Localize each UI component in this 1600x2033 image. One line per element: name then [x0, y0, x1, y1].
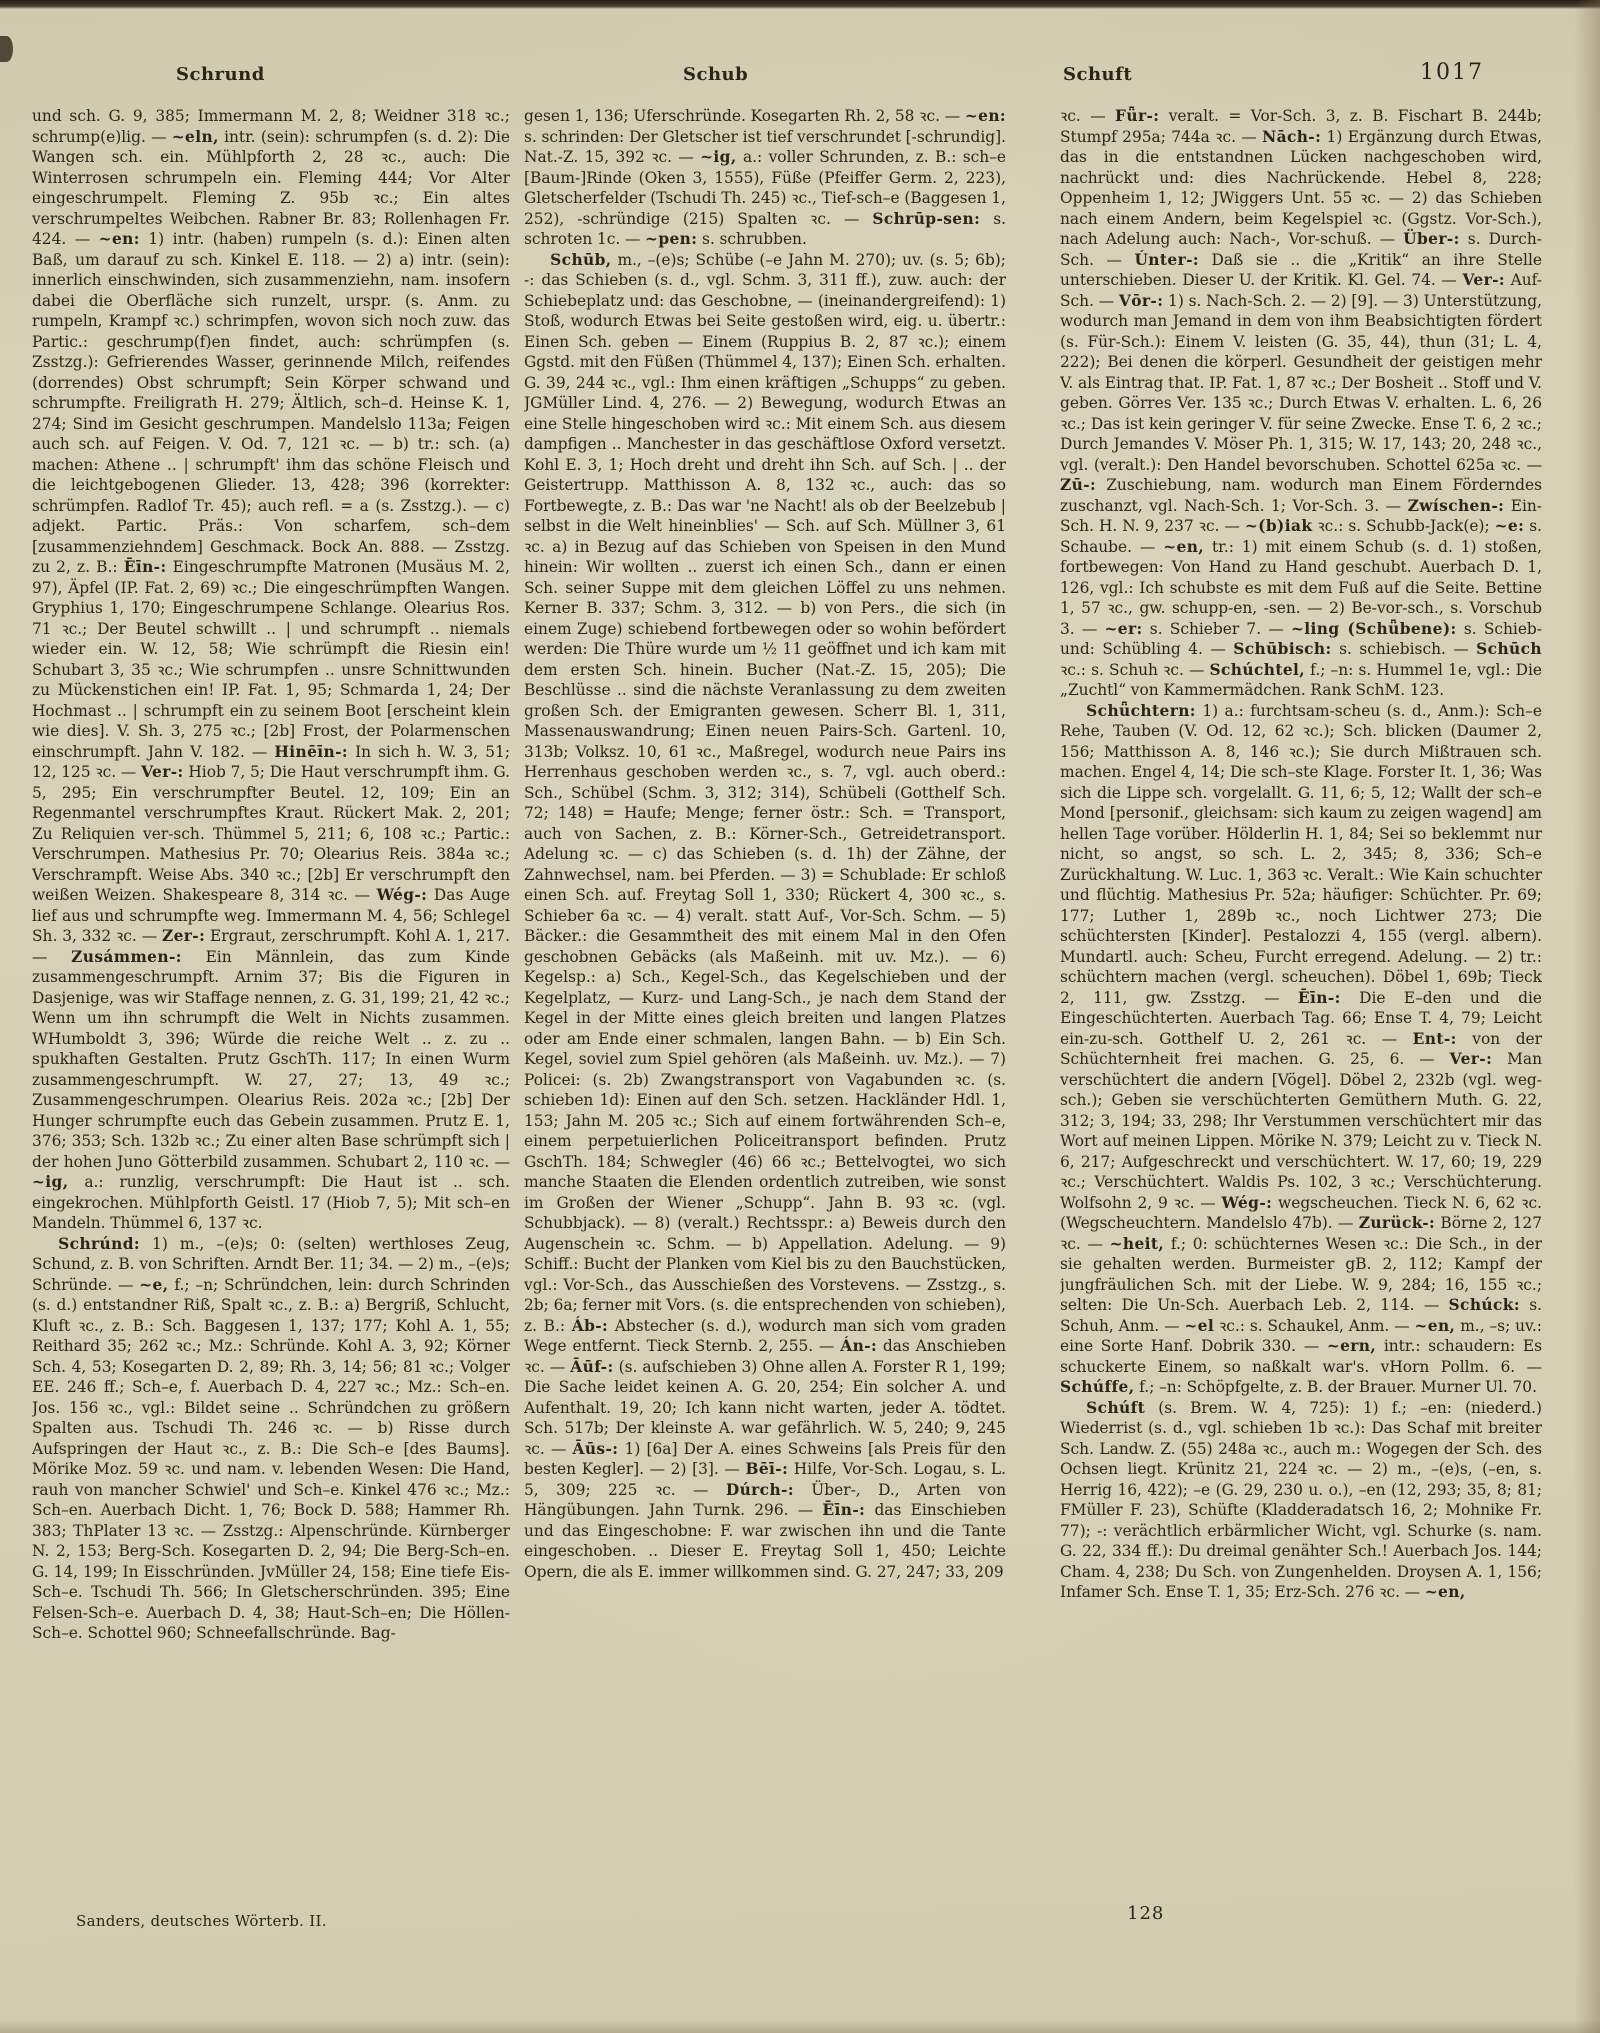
scanned-dictionary-page: { "page": { "colors": { "paper": "#d5cfb…	[0, 0, 1600, 2033]
dictionary-paragraph: ꝛc. — Fǖr-: veralt. = Vor-Sch. 3, z. B. …	[1060, 106, 1542, 701]
dictionary-paragraph: und sch. G. 9, 385; Immermann M. 2, 8; W…	[32, 106, 510, 1234]
running-head-left: Schrund	[176, 64, 265, 85]
volume-signature: Sanders, deutsches Wörterb. II.	[76, 1912, 327, 1930]
page-number: 1017	[1420, 60, 1484, 85]
running-head-center: Schub	[683, 64, 748, 85]
scan-right-shade	[1574, 0, 1600, 2033]
dictionary-paragraph: Schrúnd: 1) m., –(e)s; 0: (selten) werth…	[32, 1234, 510, 1644]
dictionary-paragraph: Schǖchtern: 1) a.: furchtsam-scheu (s. d…	[1060, 701, 1542, 1398]
scan-bottom-shade	[0, 2019, 1600, 2033]
running-head-right: Schuft	[1063, 64, 1132, 85]
dictionary-paragraph: gesen 1, 136; Uferschründe. Kosegarten R…	[524, 106, 1006, 250]
text-column-1: und sch. G. 9, 385; Immermann M. 2, 8; W…	[32, 106, 510, 1908]
dictionary-paragraph: Schúft (s. Brem. W. 4, 725): 1) f.; –en:…	[1060, 1398, 1542, 1603]
scan-top-edge	[0, 0, 1600, 9]
sheet-number: 128	[1127, 1903, 1164, 1924]
scan-corner-mark	[0, 36, 13, 62]
dictionary-paragraph: Schūb, m., –(e)s; Schübe (–e Jahn M. 270…	[524, 250, 1006, 1583]
text-column-3: ꝛc. — Fǖr-: veralt. = Vor-Sch. 3, z. B. …	[1060, 106, 1542, 1908]
text-column-2: gesen 1, 136; Uferschründe. Kosegarten R…	[524, 106, 1006, 1908]
